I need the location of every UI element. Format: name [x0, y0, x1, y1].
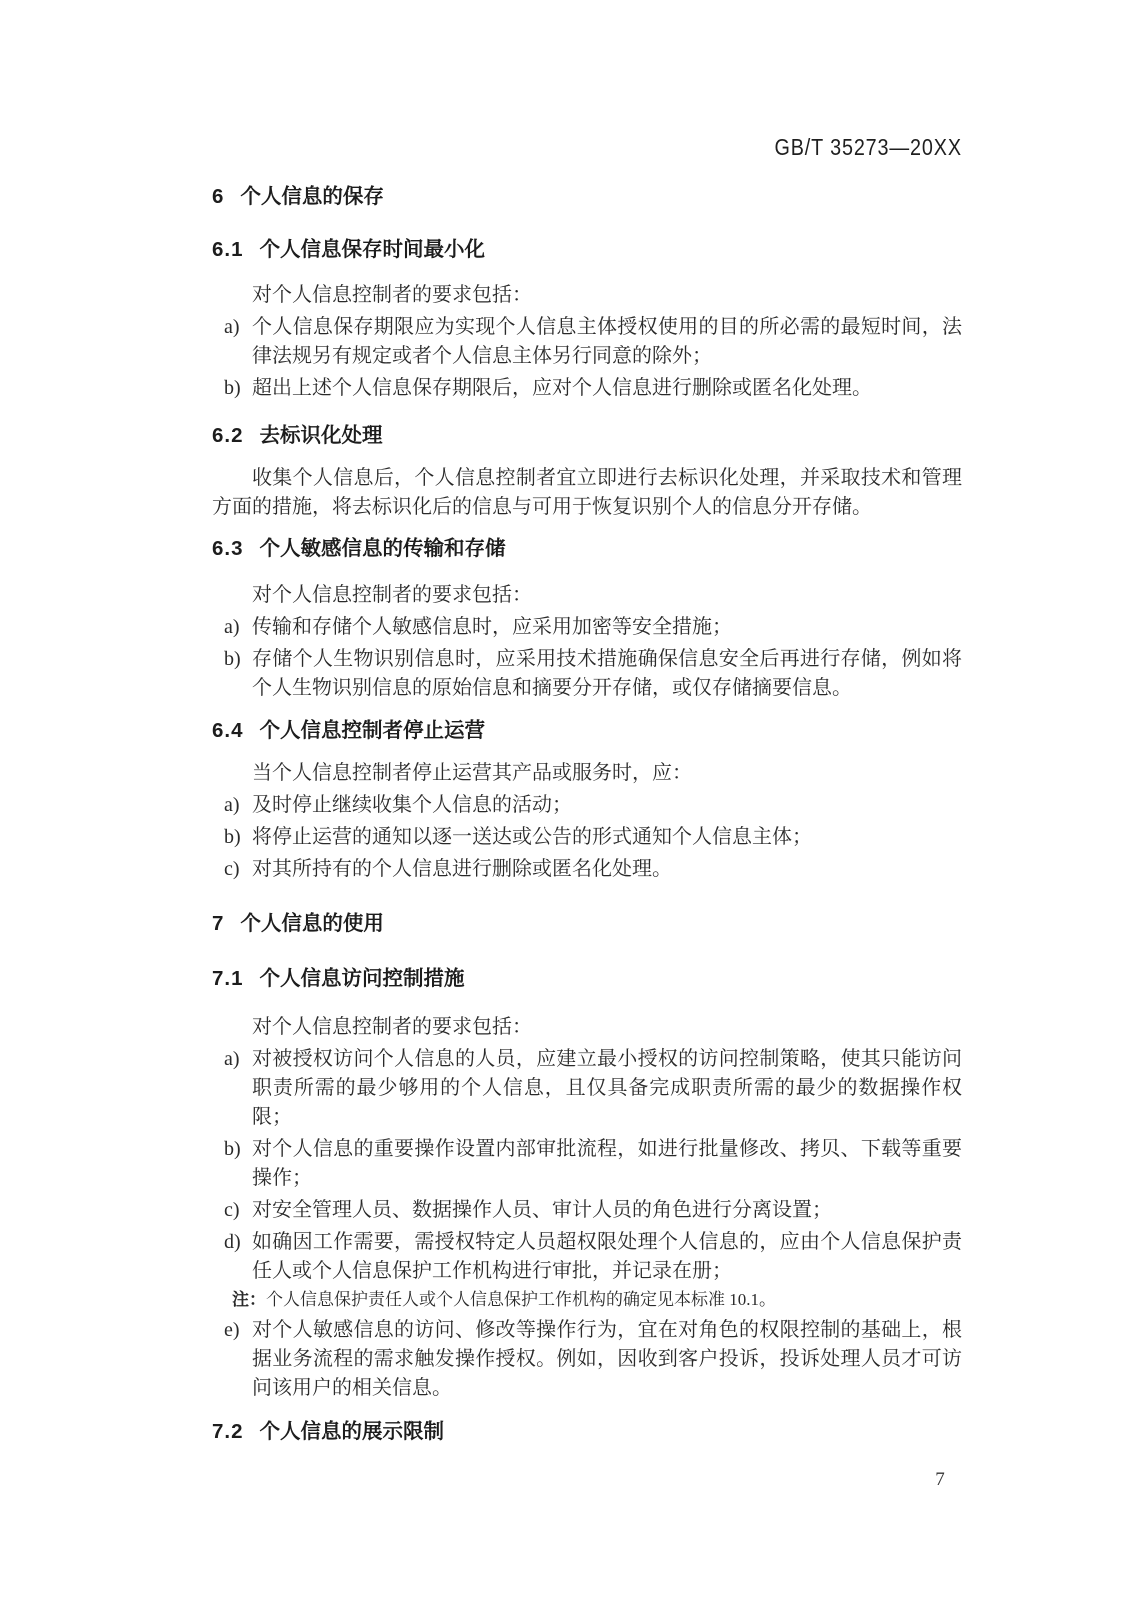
section-6-4-heading: 6.4个人信息控制者停止运营: [212, 716, 962, 746]
section-6-2-heading: 6.2去标识化处理: [212, 421, 962, 451]
list-item: b) 对个人信息的重要操作设置内部审批流程，如进行批量修改、拷贝、下载等重要操作…: [212, 1135, 962, 1193]
list-item-text: 将停止运营的通知以逐一送达或公告的形式通知个人信息主体；: [252, 823, 962, 852]
list-item-marker: a): [212, 613, 252, 642]
list-item-text: 超出上述个人信息保存期限后，应对个人信息进行删除或匿名化处理。: [252, 374, 962, 403]
section-6-4-intro: 当个人信息控制者停止运营其产品或服务时，应：: [212, 759, 962, 788]
list-item-marker: a): [212, 1045, 252, 1132]
chapter-6-number: 6: [212, 182, 224, 212]
list-item-marker: c): [212, 855, 252, 884]
section-7-1-heading: 7.1个人信息访问控制措施: [212, 964, 962, 994]
list-item-text: 存储个人生物识别信息时，应采用技术措施确保信息安全后再进行存储，例如将个人生物识…: [252, 645, 962, 703]
list-item: a) 对被授权访问个人信息的人员，应建立最小授权的访问控制策略，使其只能访问职责…: [212, 1045, 962, 1132]
list-item-marker: b): [212, 645, 252, 703]
list-item-text: 如确因工作需要，需授权特定人员超权限处理个人信息的，应由个人信息保护责任人或个人…: [252, 1228, 962, 1286]
list-item: a) 及时停止继续收集个人信息的活动；: [212, 791, 962, 820]
list-item-text: 对安全管理人员、数据操作人员、审计人员的角色进行分离设置；: [252, 1196, 962, 1225]
page-content: GB/T 35273—20XX 6个人信息的保存 6.1个人信息保存时间最小化 …: [212, 132, 962, 1447]
note-label: 注：: [232, 1290, 266, 1309]
list-item: c) 对其所持有的个人信息进行删除或匿名化处理。: [212, 855, 962, 884]
chapter-7-number: 7: [212, 909, 224, 939]
section-6-4-number: 6.4: [212, 716, 244, 746]
list-item-text: 及时停止继续收集个人信息的活动；: [252, 791, 962, 820]
chapter-6-heading: 6个人信息的保存: [212, 182, 962, 212]
section-7-1-list-continued: e) 对个人敏感信息的访问、修改等操作行为，宜在对角色的权限控制的基础上，根据业…: [212, 1316, 962, 1403]
section-6-2-paragraph: 收集个人信息后，个人信息控制者宜立即进行去标识化处理，并采取技术和管理方面的措施…: [212, 464, 962, 522]
list-item-text: 传输和存储个人敏感信息时，应采用加密等安全措施；: [252, 613, 962, 642]
list-item-marker: d): [212, 1228, 252, 1286]
list-item-text: 对被授权访问个人信息的人员，应建立最小授权的访问控制策略，使其只能访问职责所需的…: [252, 1045, 962, 1132]
page-number: 7: [926, 1466, 954, 1494]
section-6-4-list: a) 及时停止继续收集个人信息的活动； b) 将停止运营的通知以逐一送达或公告的…: [212, 791, 962, 884]
list-item: b) 超出上述个人信息保存期限后，应对个人信息进行删除或匿名化处理。: [212, 374, 962, 403]
section-7-1-note: 注：个人信息保护责任人或个人信息保护工作机构的确定见本标准 10.1。: [212, 1286, 962, 1314]
list-item: e) 对个人敏感信息的访问、修改等操作行为，宜在对角色的权限控制的基础上，根据业…: [212, 1316, 962, 1403]
list-item-marker: e): [212, 1316, 252, 1403]
section-7-2-title: 个人信息的展示限制: [260, 1420, 445, 1443]
section-7-1-list: a) 对被授权访问个人信息的人员，应建立最小授权的访问控制策略，使其只能访问职责…: [212, 1045, 962, 1286]
section-6-2-title: 去标识化处理: [260, 424, 383, 447]
section-6-3-heading: 6.3个人敏感信息的传输和存储: [212, 534, 962, 564]
list-item-text: 对其所持有的个人信息进行删除或匿名化处理。: [252, 855, 962, 884]
section-6-3-number: 6.3: [212, 534, 244, 564]
section-7-2-heading: 7.2个人信息的展示限制: [212, 1417, 962, 1447]
list-item-marker: c): [212, 1196, 252, 1225]
list-item: b) 存储个人生物识别信息时，应采用技术措施确保信息安全后再进行存储，例如将个人…: [212, 645, 962, 703]
chapter-6-title: 个人信息的保存: [240, 185, 384, 208]
section-6-3-list: a) 传输和存储个人敏感信息时，应采用加密等安全措施； b) 存储个人生物识别信…: [212, 613, 962, 703]
list-item: b) 将停止运营的通知以逐一送达或公告的形式通知个人信息主体；: [212, 823, 962, 852]
section-7-1-title: 个人信息访问控制措施: [260, 967, 465, 990]
list-item-marker: a): [212, 313, 252, 371]
note-text: 个人信息保护责任人或个人信息保护工作机构的确定见本标准 10.1。: [266, 1290, 776, 1309]
section-7-1-intro: 对个人信息控制者的要求包括：: [212, 1013, 962, 1042]
section-6-3-intro: 对个人信息控制者的要求包括：: [212, 581, 962, 610]
section-6-1-heading: 6.1个人信息保存时间最小化: [212, 235, 962, 265]
list-item: a) 传输和存储个人敏感信息时，应采用加密等安全措施；: [212, 613, 962, 642]
list-item: a) 个人信息保存期限应为实现个人信息主体授权使用的目的所必需的最短时间，法律法…: [212, 313, 962, 371]
chapter-7-heading: 7个人信息的使用: [212, 909, 962, 939]
list-item: c) 对安全管理人员、数据操作人员、审计人员的角色进行分离设置；: [212, 1196, 962, 1225]
document-page: GB/T 35273—20XX 6个人信息的保存 6.1个人信息保存时间最小化 …: [0, 0, 1131, 1600]
list-item-marker: b): [212, 374, 252, 403]
list-item: d) 如确因工作需要，需授权特定人员超权限处理个人信息的，应由个人信息保护责任人…: [212, 1228, 962, 1286]
section-6-2-number: 6.2: [212, 421, 244, 451]
section-6-1-title: 个人信息保存时间最小化: [260, 238, 486, 261]
section-7-1-number: 7.1: [212, 964, 244, 994]
section-6-1-number: 6.1: [212, 235, 244, 265]
section-7-2-number: 7.2: [212, 1417, 244, 1447]
section-6-1-list: a) 个人信息保存期限应为实现个人信息主体授权使用的目的所必需的最短时间，法律法…: [212, 313, 962, 403]
list-item-text: 对个人信息的重要操作设置内部审批流程，如进行批量修改、拷贝、下载等重要操作；: [252, 1135, 962, 1193]
standard-code: GB/T 35273—20XX: [775, 132, 962, 162]
page-header: GB/T 35273—20XX: [212, 132, 962, 162]
list-item-text: 对个人敏感信息的访问、修改等操作行为，宜在对角色的权限控制的基础上，根据业务流程…: [252, 1316, 962, 1403]
list-item-text: 个人信息保存期限应为实现个人信息主体授权使用的目的所必需的最短时间，法律法规另有…: [252, 313, 962, 371]
chapter-7-title: 个人信息的使用: [240, 912, 384, 935]
section-6-1-intro: 对个人信息控制者的要求包括：: [212, 281, 962, 310]
list-item-marker: b): [212, 1135, 252, 1193]
list-item-marker: a): [212, 791, 252, 820]
section-6-4-title: 个人信息控制者停止运营: [260, 719, 486, 742]
section-6-3-title: 个人敏感信息的传输和存储: [260, 537, 506, 560]
list-item-marker: b): [212, 823, 252, 852]
